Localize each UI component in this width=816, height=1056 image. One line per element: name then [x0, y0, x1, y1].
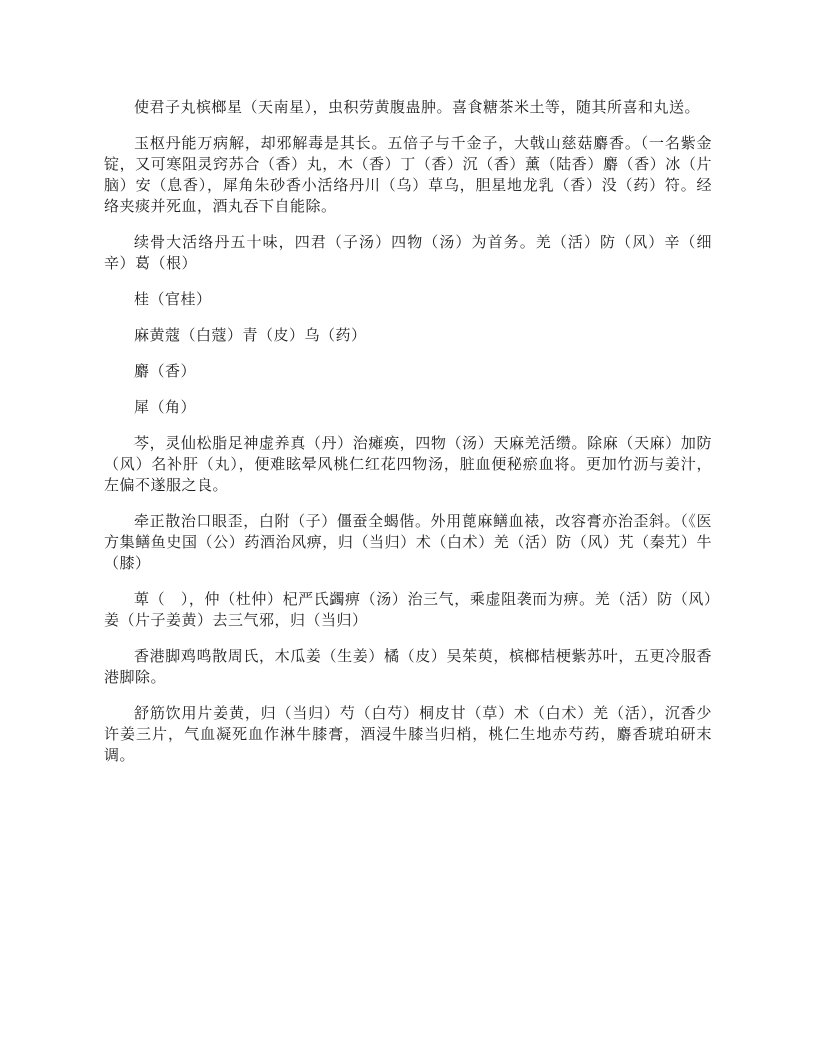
paragraph-shujin-yin: 舒筋饮用片姜黄，归（当归）芍（白芍）桐皮甘（草）术（白术）羌（活），沉香少许姜三… — [104, 704, 712, 767]
paragraph-she-xiang: 麝（香） — [104, 362, 712, 383]
paragraph-qianzheng-san: 牵正散治口眼歪，白附（子）僵蚕全蝎偕。外用蓖麻鳝血裱，改容膏亦治歪斜。（《医方集… — [104, 512, 712, 575]
paragraph-jiming-san: 香港脚鸡鸣散周氏，木瓜姜（生姜）橘（皮）吴茱萸，槟榔桔梗紫苏叶，五更冷服香港脚除… — [104, 647, 712, 689]
document-text-body: 使君子丸槟榔星（天南星），虫积劳黄腹蛊肿。喜食糖茶米土等，随其所喜和丸送。 玉枢… — [104, 98, 712, 767]
paragraph-gui: 桂（官桂） — [104, 290, 712, 311]
paragraph-xi-jiao: 犀（角） — [104, 398, 712, 419]
document-page: 使君子丸槟榔星（天南星），虫积劳黄腹蛊肿。喜食糖茶米土等，随其所喜和丸送。 玉枢… — [0, 0, 816, 1056]
paragraph-xugu-dahuoluo-dan: 续骨大活络丹五十味，四君（子汤）四物（汤）为首务。羌（活）防（风）辛（细辛）葛（… — [104, 233, 712, 275]
paragraph-bi-juanbi-tang: 萆（ ），仲（杜仲）杞严氏蠲痹（汤）治三气，乘虚阻袭而为痹。羌（活）防（风）姜（… — [104, 590, 712, 632]
paragraph-mahuang-kou: 麻黄蔻（白蔻）青（皮）乌（药） — [104, 326, 712, 347]
paragraph-yushu-dan: 玉枢丹能万病解，却邪解毒是其长。五倍子与千金子，大戟山慈菇麝香。（一名紫金锭，又… — [104, 134, 712, 218]
paragraph-shijunzi-wan: 使君子丸槟榔星（天南星），虫积劳黄腹蛊肿。喜食糖茶米土等，随其所喜和丸送。 — [104, 98, 712, 119]
paragraph-qin-lingxian: 芩，灵仙松脂足神虚养真（丹）治瘫痪，四物（汤）天麻羌活缵。除麻（天麻）加防（风）… — [104, 434, 712, 497]
